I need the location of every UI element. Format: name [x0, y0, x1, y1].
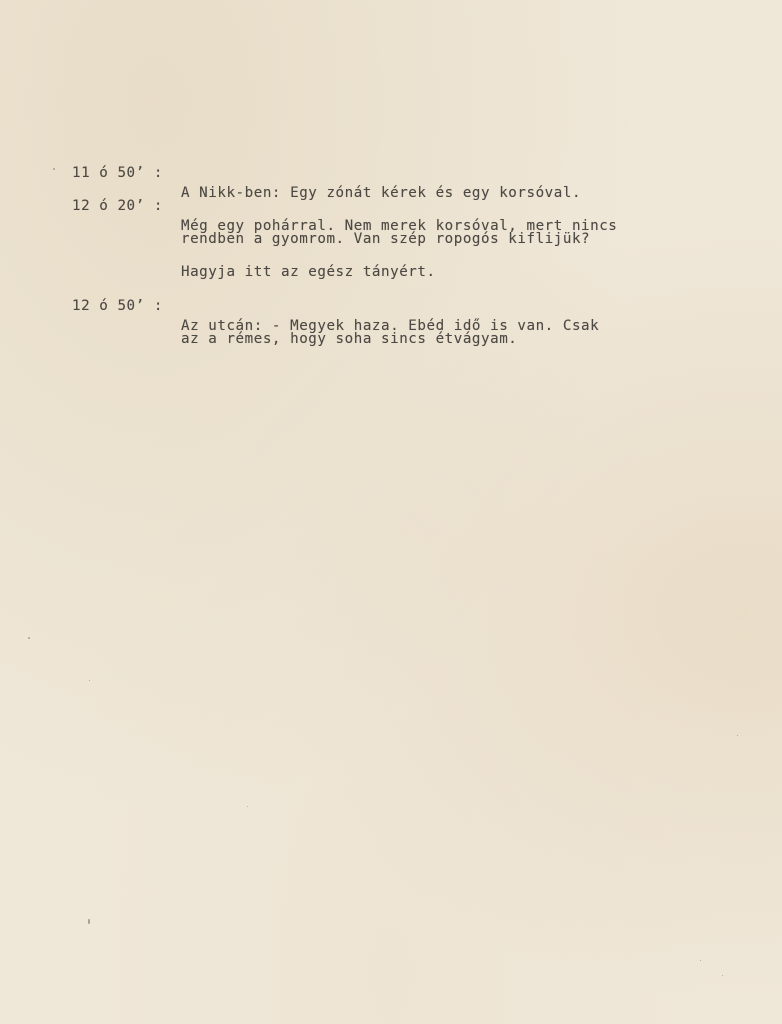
entry-text-line: az a rémes, hogy soha sincs étvágyam. — [181, 329, 517, 349]
paper-speck — [722, 975, 723, 976]
paper-speck — [53, 168, 55, 170]
entry-2: 12 ó 20’ : Még egy pohárral. Nem merek k… — [0, 176, 782, 196]
entry-2-continuation: rendben a gyomrom. Van szép ropogós kifl… — [0, 209, 782, 229]
paper-speck — [737, 735, 738, 736]
paper-speck — [247, 806, 248, 807]
paper-speck — [88, 919, 90, 924]
paper-speck — [89, 680, 90, 681]
typewritten-page: 11 ó 50’ : A Nikk-ben: Egy zónát kérek é… — [0, 0, 782, 1024]
entry-3: 12 ó 50’ : Az utcán: - Megyek haza. Ebéd… — [0, 276, 782, 296]
entry-1: 11 ó 50’ : A Nikk-ben: Egy zónát kérek é… — [0, 143, 782, 163]
paper-speck — [28, 637, 30, 639]
entry-2-continuation: Hagyja itt az egész tányért. — [0, 242, 782, 262]
paper-speck — [700, 960, 701, 961]
entry-3-continuation: az a rémes, hogy soha sincs étvágyam. — [0, 309, 782, 329]
